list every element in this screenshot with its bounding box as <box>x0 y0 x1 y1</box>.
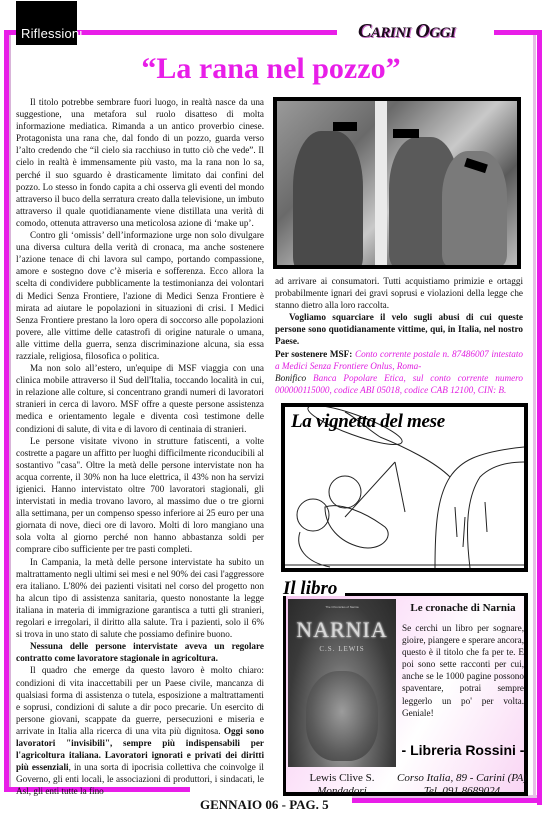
donation-bank: Banca Popolare Etica, sul conto corrente… <box>275 373 523 395</box>
lion-illustration <box>306 671 378 761</box>
book-description: Se cerchi un libro per sognare, gioire, … <box>402 622 524 719</box>
article-paragraph: ad arrivare ai consumatori. Tutti acquis… <box>275 275 523 311</box>
section-label: Riflessioni <box>21 26 82 41</box>
bookshop-name: - Libreria Rossini - <box>399 742 527 758</box>
article-paragraph: Il quadro che emerge da questo lavoro è … <box>16 664 264 797</box>
article-paragraph-bold: Nessuna delle persone intervistate aveva… <box>16 640 264 664</box>
book-author-block: Lewis Clive S. Mondadori <box>288 772 396 798</box>
article-headline: “La rana nel pozzo” <box>0 52 542 86</box>
bookshop-address: Corso Italia, 89 - Carini (PA) <box>395 772 529 785</box>
donation-info: Per sostenere MSF: Conto corrente postal… <box>275 348 523 396</box>
article-left-column: Il titolo potrebbe sembrare fuori luogo,… <box>16 96 264 797</box>
article-right-column: ad arrivare ai consumatori. Tutti acquis… <box>275 275 523 396</box>
masthead-word-1: ARINI <box>371 25 411 41</box>
cover-title: NARNIA <box>288 617 396 643</box>
article-paragraph: Contro gli ‘omissis’ dell’informazione u… <box>16 229 264 362</box>
photo-pole <box>375 101 387 265</box>
frame-border-right <box>537 30 542 805</box>
section-tag: Riflessioni <box>16 1 77 45</box>
masthead-word-2: GGI <box>429 25 455 41</box>
book-cover-image: The Chronicles of Narnia NARNIA C.S. LEW… <box>288 599 396 767</box>
book-author: Lewis Clive S. <box>288 772 396 785</box>
bookshop-phone: Tel. 091 8689024 <box>395 785 529 798</box>
cover-top-text: The Chronicles of Narnia <box>292 605 392 609</box>
masthead-logo: CARINI OGGI <box>358 20 455 43</box>
frame-border-left-shadow <box>9 35 11 790</box>
cartoon-title: La vignetta del mese <box>291 411 445 433</box>
masthead-initial-o: O <box>415 20 429 42</box>
photo-figure <box>293 131 363 265</box>
frame-border-bottom-right <box>352 798 542 803</box>
page-footer: GENNAIO 06 - PAG. 5 <box>200 797 329 813</box>
cartoon-box: La vignetta del mese <box>281 403 528 572</box>
article-paragraph: Le persone visitate vivono in strutture … <box>16 435 264 556</box>
donation-label: Per sostenere MSF <box>275 349 349 359</box>
article-photo <box>273 97 521 269</box>
call-to-action: Vogliamo squarciare il velo sugli abusi … <box>275 311 523 347</box>
book-title: Le cronache di Narnia <box>402 602 524 614</box>
donation-bank-label: Bonifico <box>275 373 306 383</box>
article-paragraph: Il titolo potrebbe sembrare fuori luogo,… <box>16 96 264 229</box>
masthead-initial-c: C <box>358 20 371 42</box>
book-publisher: Mondadori <box>317 785 367 797</box>
book-review-box: The Chronicles of Narnia NARNIA C.S. LEW… <box>283 596 528 796</box>
censor-bar <box>333 122 357 131</box>
article-paragraph: Ma non solo all’estero, un'equipe di MSF… <box>16 362 264 435</box>
censor-bar <box>393 129 419 138</box>
workers-photo-image <box>277 101 517 265</box>
article-paragraph: In Campania, la metà delle persone inter… <box>16 556 264 641</box>
bookshop-contact: Corso Italia, 89 - Carini (PA) Tel. 091 … <box>395 772 529 798</box>
frame-border-right-shadow <box>533 35 536 800</box>
cover-author: C.S. LEWIS <box>288 645 396 653</box>
